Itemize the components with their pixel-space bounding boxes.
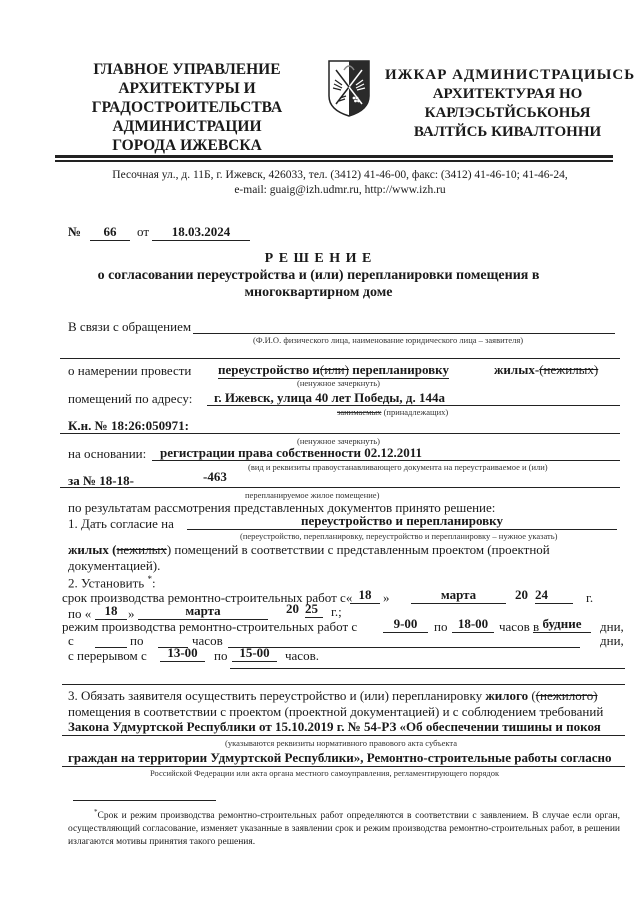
date-label: от [137,224,149,240]
address-label: помещений по адресу: [68,391,192,407]
address-underline [207,405,620,406]
item1-cont-text: ) помещений в соответствии с представлен… [167,542,550,557]
item3-line1: 3. Обязать заявителя осуществить переуст… [68,688,598,704]
occupancy-struck: занимаемых [337,407,381,417]
law-reference-line2: граждан на территории Удмуртской Республ… [68,750,611,766]
year-suffix: г. [586,590,593,606]
quote-close: » [383,590,390,606]
period-from-year: 24 [535,587,573,604]
divider [62,684,625,685]
break-label: с перерывом с [68,648,147,664]
contact-block: Песочная ул., д. 11Б, г. Ижевск, 426033,… [60,168,620,198]
number-label: № [68,224,81,240]
postal-address: Песочная ул., д. 11Б, г. Ижевск, 426033,… [60,168,620,183]
applicant-field[interactable] [193,319,615,333]
law-reference-line1: Закона Удмуртской Республики от 15.10.20… [68,719,601,735]
issuer-line: ГЛАВНОЕ УПРАВЛЕНИЕ [62,60,312,79]
footnote: *Срок и режим производства ремонтно-стро… [68,806,620,849]
mode-days: будние [533,616,591,633]
issuer-line: КАРЛЭСЬТЙСЬКОНЬЯ [385,104,630,123]
period-to-day: 18 [95,603,127,620]
document-number: 66 [90,224,130,241]
document-title: Р Е Ш Е Н И Е [0,251,637,267]
document-date: 18.03.2024 [152,224,250,241]
year-suffix: г.; [331,604,342,620]
issuer-line: ВАЛТЙСЬ КИВАЛТОННИ [385,123,630,142]
item1-hint: (переустройство, перепланировку, переуст… [240,531,557,541]
registration-hint: перепланируемое жилое помещение) [245,490,379,500]
days-label: дни, [600,633,624,649]
email-website: e-mail: guaig@izh.udmr.ru, http://www.iz… [60,183,620,198]
document-subtitle-line2: многоквартирном доме [0,285,637,301]
break-to: 15-00 [232,645,277,662]
premises-address: г. Ижевск, улица 40 лет Победы, д. 144а [214,390,445,406]
period-from-day: 18 [350,587,380,604]
period-to-year-prefix: 20 [286,601,299,617]
intent-keep-a: переустройство и [218,362,320,377]
issuer-name-russian: ГЛАВНОЕ УПРАВЛЕНИЕ АРХИТЕКТУРЫ И ГРАДОСТ… [62,60,312,155]
break-from: 13-00 [160,645,205,662]
law-underline [62,766,625,767]
occupancy-keep: (принадлежащих) [384,407,449,417]
applicant-hint: (Ф.И.О. физического лица, наименование ю… [253,335,523,345]
issuer-line: ИЖКАР АДМИНИСТРАЦИЫСЬ [385,66,630,85]
basis-label: на основании: [68,446,146,462]
item2-label: 2. Установить *: [68,574,156,591]
issuer-line: ГРАДОСТРОИТЕЛЬСТВА [62,98,312,117]
type-residential: жилых- [494,362,539,377]
mode2-days-field[interactable] [228,633,580,648]
mode2-from-label: с [68,633,74,649]
item1-value: переустройство и перепланировку [187,513,617,529]
city-coat-of-arms-icon [326,58,372,118]
item1-nonresidential-struck: нежилых [116,542,166,557]
law-hint1: (указываются реквизиты нормативного прав… [225,738,457,748]
divider [230,668,625,669]
issuer-line: АРХИТЕКТУРАЯ НО [385,85,630,104]
item1-continuation-line2: документацией). [68,558,160,574]
cadastral-underline [60,433,620,434]
period-to-month: марта [138,603,268,620]
intent-struck: (или) [320,362,349,377]
basis-hint: (вид и реквизиты правоустанавливающего д… [248,462,548,472]
occupancy-hint: занимаемых (принадлежащих) [337,407,448,417]
intent-keep-b: перепланировку [352,362,449,377]
law-underline [62,735,625,736]
issuer-line: АДМИНИСТРАЦИИ [62,117,312,136]
mode-from: 9-00 [383,616,428,633]
law-hint2: Российской Федерации или акта органа мес… [150,768,499,778]
mode-to: 18-00 [452,616,494,633]
document-subtitle-line1: о согласовании переустройства и (или) пе… [0,268,637,284]
basis-value: регистрации права собственности 02.12.20… [160,445,422,461]
premises-type: жилых-(нежилых) [494,362,598,378]
period-to-year: 25 [305,601,323,618]
item1-underline [187,529,617,530]
appeal-label: В связи с обращением [68,319,191,335]
footnote-text: Срок и режим производства ремонтно-строи… [68,811,620,847]
basis-underline [152,460,620,461]
period-from-month: марта [411,587,506,604]
break-to-label: по [214,648,227,664]
item1-residential: жилых ( [68,542,116,557]
break-suffix: часов. [285,648,319,664]
item2-text: 2. Установить [68,575,144,590]
item3-residential: жилого [485,688,528,703]
mode2-to-label: по [130,633,143,649]
intent-hint: (ненужное зачеркнуть) [297,378,380,388]
mode2-from-field[interactable] [95,633,127,648]
cadastral-number: К.н. № 18:26:050971: [68,418,189,434]
item3-line2: помещения в соответствии с проектом (про… [68,704,603,720]
item3-text: 3. Обязать заявителя осуществить переуст… [68,688,485,703]
intent-label: о намерении провести [68,363,191,379]
divider [60,358,620,359]
intent-value: переустройство и(или) перепланировку [218,362,449,379]
applicant-underline [193,333,615,334]
item2-colon: : [152,575,156,590]
type-nonresidential-struck: (нежилых) [539,362,598,377]
item1-continuation: жилых (нежилых) помещений в соответствии… [68,542,550,558]
item3-nonresidential-struck: (нежилого) [536,688,598,703]
footnote-divider [73,800,216,801]
issuer-line: АРХИТЕКТУРЫ И [62,79,312,98]
registration-suffix: -463 [203,469,227,485]
registration-underline [60,487,620,488]
period-from-year-prefix: 20 [515,587,528,603]
item1-label: 1. Дать согласие на [68,516,174,532]
issuer-line: ГОРОДА ИЖЕВСКА [62,136,312,155]
issuer-name-udmurt: ИЖКАР АДМИНИСТРАЦИЫСЬ АРХИТЕКТУРАЯ НО КА… [385,66,630,142]
